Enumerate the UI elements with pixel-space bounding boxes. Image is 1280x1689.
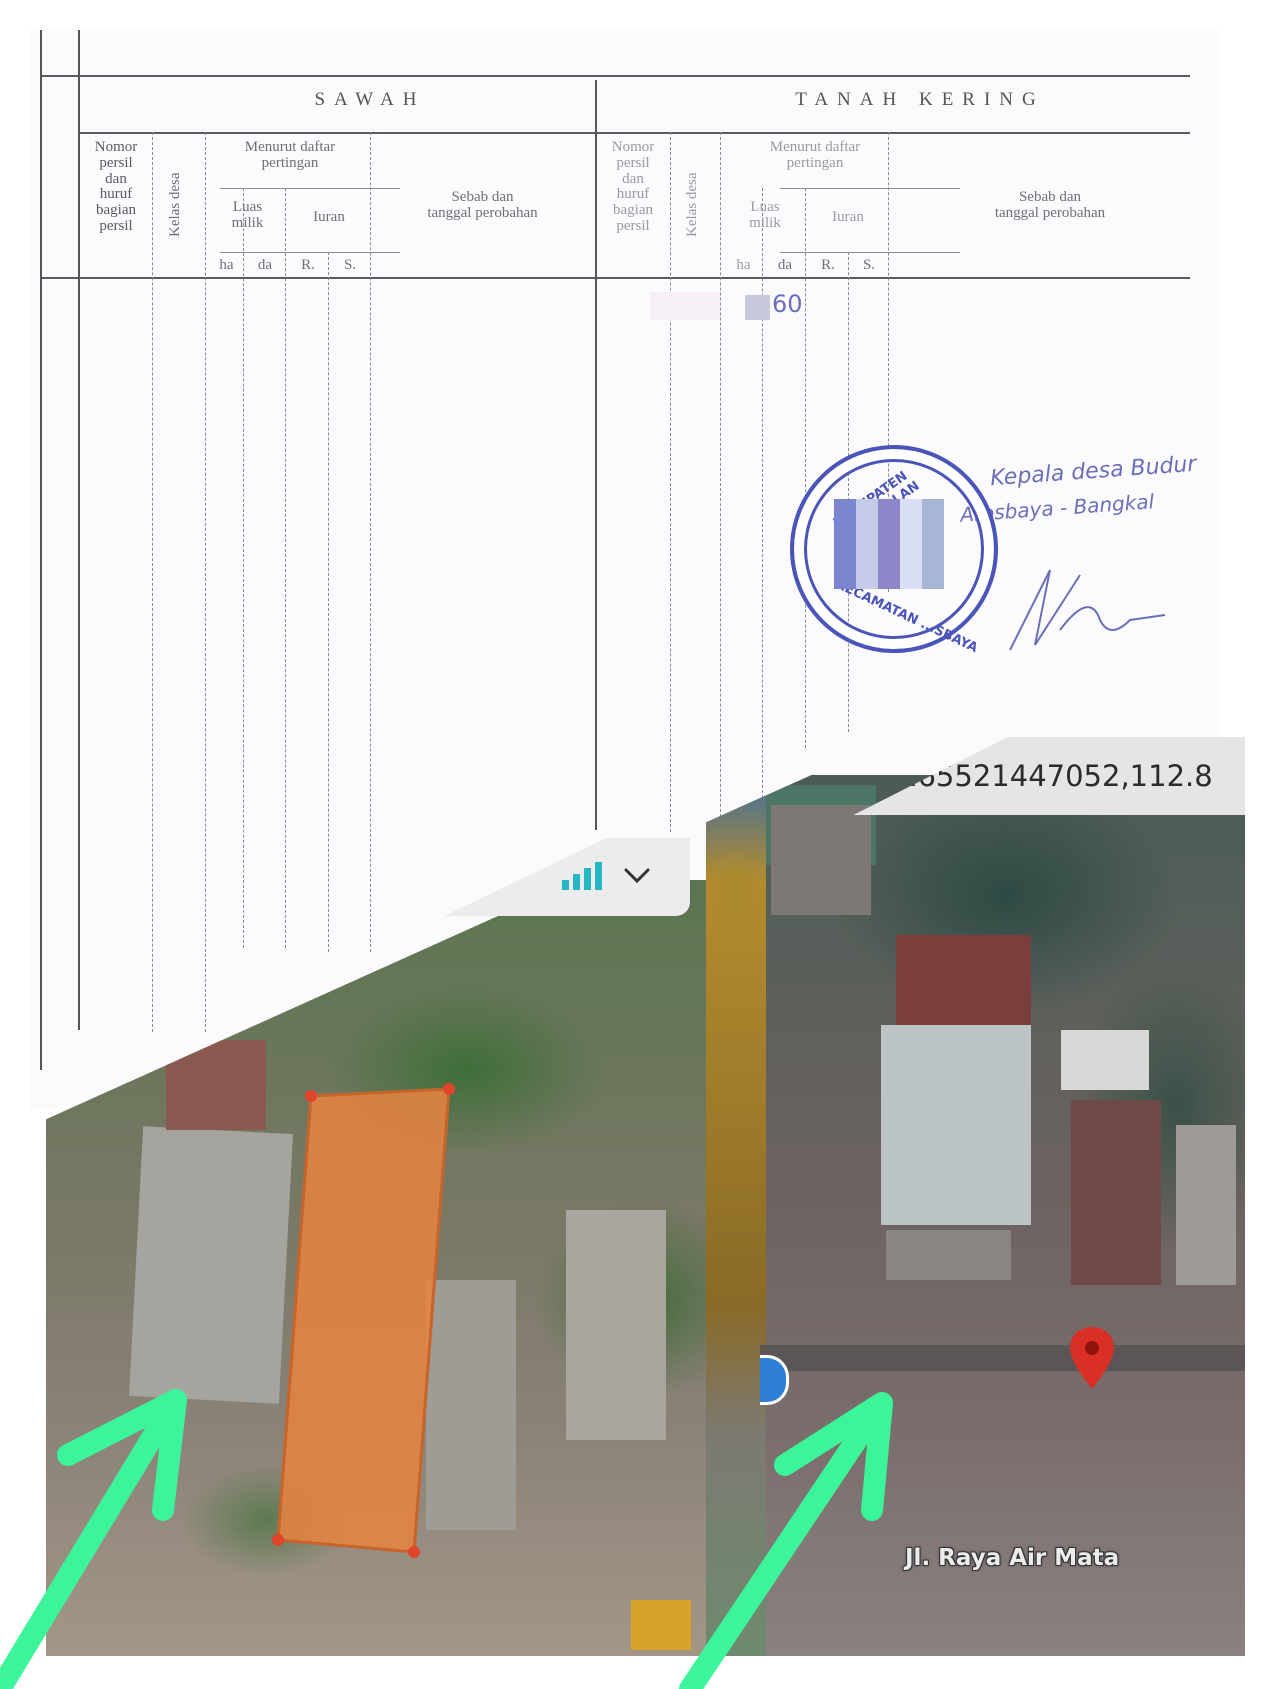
header-line: milik — [210, 216, 285, 232]
header-iuran-sawah: Iuran — [288, 210, 370, 226]
table-edge — [78, 30, 81, 1030]
header-line: tanggal perobahan — [910, 206, 1190, 222]
header-line: dan — [598, 172, 668, 188]
building-roof — [771, 805, 871, 915]
header-line: persil — [598, 219, 668, 235]
col-line — [285, 188, 287, 948]
header-line: Sebab dan — [375, 190, 590, 206]
satellite-map-right[interactable] — [706, 775, 1245, 1656]
header-line: huruf — [598, 187, 668, 203]
col-line — [762, 188, 764, 828]
building-roof — [896, 935, 1031, 1025]
col-line — [370, 132, 372, 952]
chevron-down-icon[interactable] — [620, 858, 654, 892]
header-luas-sawah: Luas milik — [210, 200, 285, 232]
header-line: Nomor — [598, 140, 668, 156]
signal-strength-icon — [560, 860, 604, 894]
header-nomor-persil-tk: Nomor persil dan huruf bagian persil — [598, 140, 668, 235]
header-nomor-persil-sawah: Nomor persil dan huruf bagian persil — [82, 140, 150, 235]
header-iuran-tk: Iuran — [808, 210, 888, 226]
location-pin-icon[interactable] — [1067, 1325, 1117, 1391]
header-line: tanggal perobahan — [375, 206, 590, 222]
rule-units-tk — [780, 252, 960, 253]
section-title-tanah-kering: TANAH KERING — [770, 90, 1070, 110]
rule-sub-tk — [780, 188, 960, 189]
road — [760, 1345, 1245, 1371]
unit-s: S. — [850, 258, 888, 274]
header-line: dan — [82, 172, 150, 188]
building-roof — [881, 1025, 1031, 1225]
header-luas-tk: Luas milik — [725, 200, 805, 232]
header-line: Nomor — [82, 140, 150, 156]
header-kelas-desa-tk: Kelas desa — [685, 160, 701, 250]
unit-s: S. — [330, 258, 370, 274]
unit-da: da — [245, 258, 285, 274]
header-sebab-tk: Sebab dan tanggal perobahan — [910, 190, 1190, 222]
header-line: Menurut daftar — [725, 140, 905, 156]
col-line — [720, 132, 722, 832]
rule-header-bottom — [40, 277, 1190, 279]
unit-ha: ha — [725, 258, 762, 274]
rule-units-sawah — [220, 252, 400, 253]
redaction-block — [650, 292, 720, 320]
signature-line-1: Kepala desa Budur — [989, 453, 1197, 490]
stamp-redaction — [834, 499, 944, 589]
col-line — [805, 188, 807, 748]
header-line: persil — [82, 219, 150, 235]
header-line: pertingan — [210, 156, 370, 172]
header-line: Sebab dan — [910, 190, 1190, 206]
building-roof — [1061, 1030, 1149, 1090]
rule-sub-sawah — [220, 188, 400, 189]
header-kelas-desa-sawah: Kelas desa — [168, 155, 184, 255]
building-roof — [1071, 1100, 1161, 1285]
rule-top — [40, 75, 1190, 77]
col-line — [152, 132, 154, 1032]
rule-section — [80, 132, 1190, 134]
header-line: bagian — [598, 203, 668, 219]
header-line: Menurut daftar — [210, 140, 370, 156]
official-stamp: KABUPATEN BANGKALAN KECAMATAN ...SBAYA — [790, 445, 998, 653]
header-line: milik — [725, 216, 805, 232]
street-name-label: Jl. Raya Air Mata — [905, 1545, 1119, 1571]
street-view-thumbnail — [706, 775, 766, 1656]
col-line — [328, 252, 330, 952]
margin-line — [40, 30, 43, 1070]
entry-value: 60 — [772, 292, 803, 317]
header-line: persil — [598, 156, 668, 172]
col-line — [670, 132, 672, 832]
header-line: pertingan — [725, 156, 905, 172]
col-line — [243, 188, 245, 948]
header-menurut-tk: Menurut daftar pertingan — [725, 140, 905, 172]
unit-da: da — [765, 258, 805, 274]
unit-r: R. — [808, 258, 848, 274]
col-line — [205, 132, 207, 1032]
header-line: huruf — [82, 187, 150, 203]
unit-ha: ha — [210, 258, 243, 274]
header-line: persil — [82, 156, 150, 172]
header-menurut-sawah: Menurut daftar pertingan — [210, 140, 370, 172]
section-title-sawah: SAWAH — [270, 90, 470, 110]
redaction-block — [745, 295, 770, 320]
header-line: Luas — [725, 200, 805, 216]
header-line: Luas — [210, 200, 285, 216]
header-line: bagian — [82, 203, 150, 219]
building-roof — [1176, 1125, 1236, 1285]
building-roof — [886, 1230, 1011, 1280]
unit-r: R. — [288, 258, 328, 274]
header-sebab-sawah: Sebab dan tanggal perobahan — [375, 190, 590, 222]
